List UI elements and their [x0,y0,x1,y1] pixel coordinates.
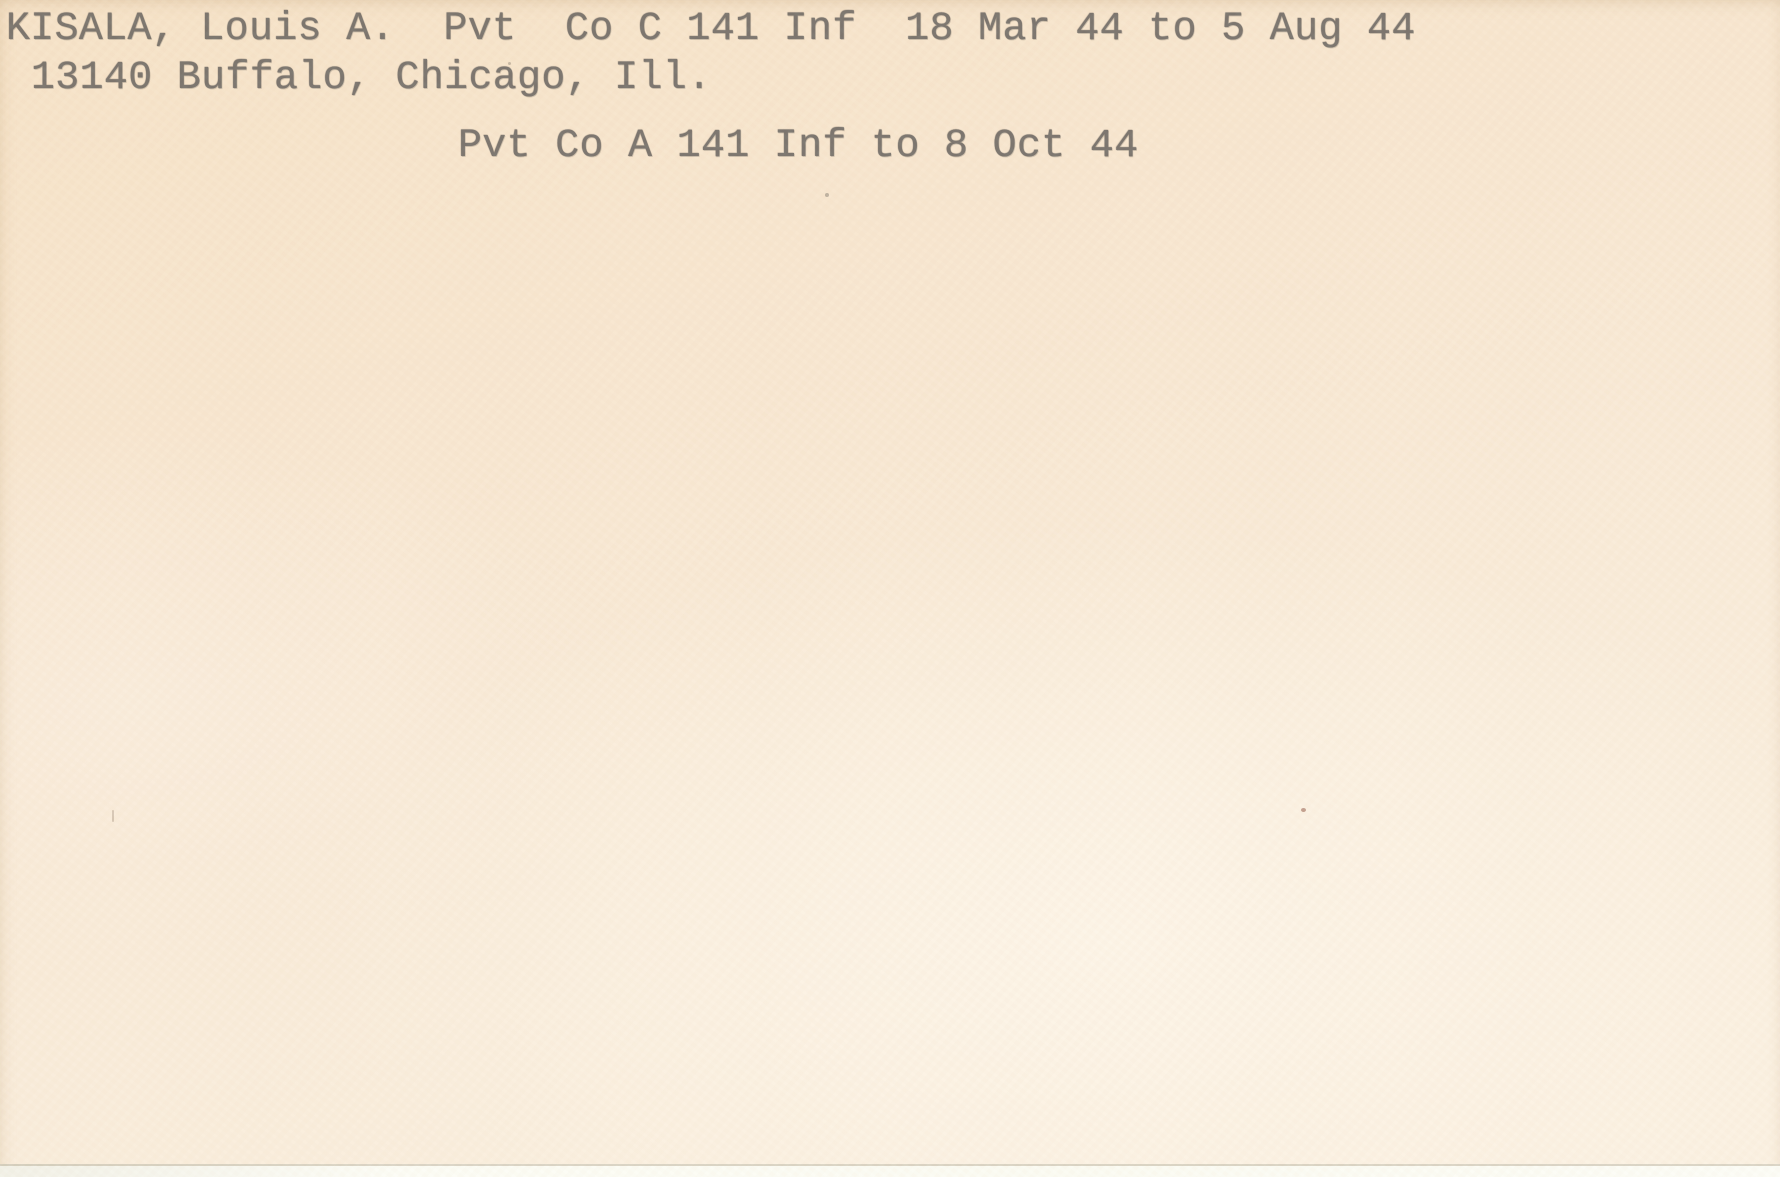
scanner-edge-strip [0,1164,1780,1177]
index-card: KISALA, Louis A. Pvt Co C 141 Inf 18 Mar… [0,0,1780,1177]
card-line-name-rank-unit-dates: KISALA, Louis A. Pvt Co C 141 Inf 18 Mar… [6,10,1416,50]
paper-speck [825,193,829,197]
paper-speck [112,810,114,822]
card-line-address: 13140 Buffalo, Chicago, Ill. [31,59,712,99]
paper-speck [1301,808,1306,812]
card-line-second-assignment: Pvt Co A 141 Inf to 8 Oct 44 [458,127,1139,167]
